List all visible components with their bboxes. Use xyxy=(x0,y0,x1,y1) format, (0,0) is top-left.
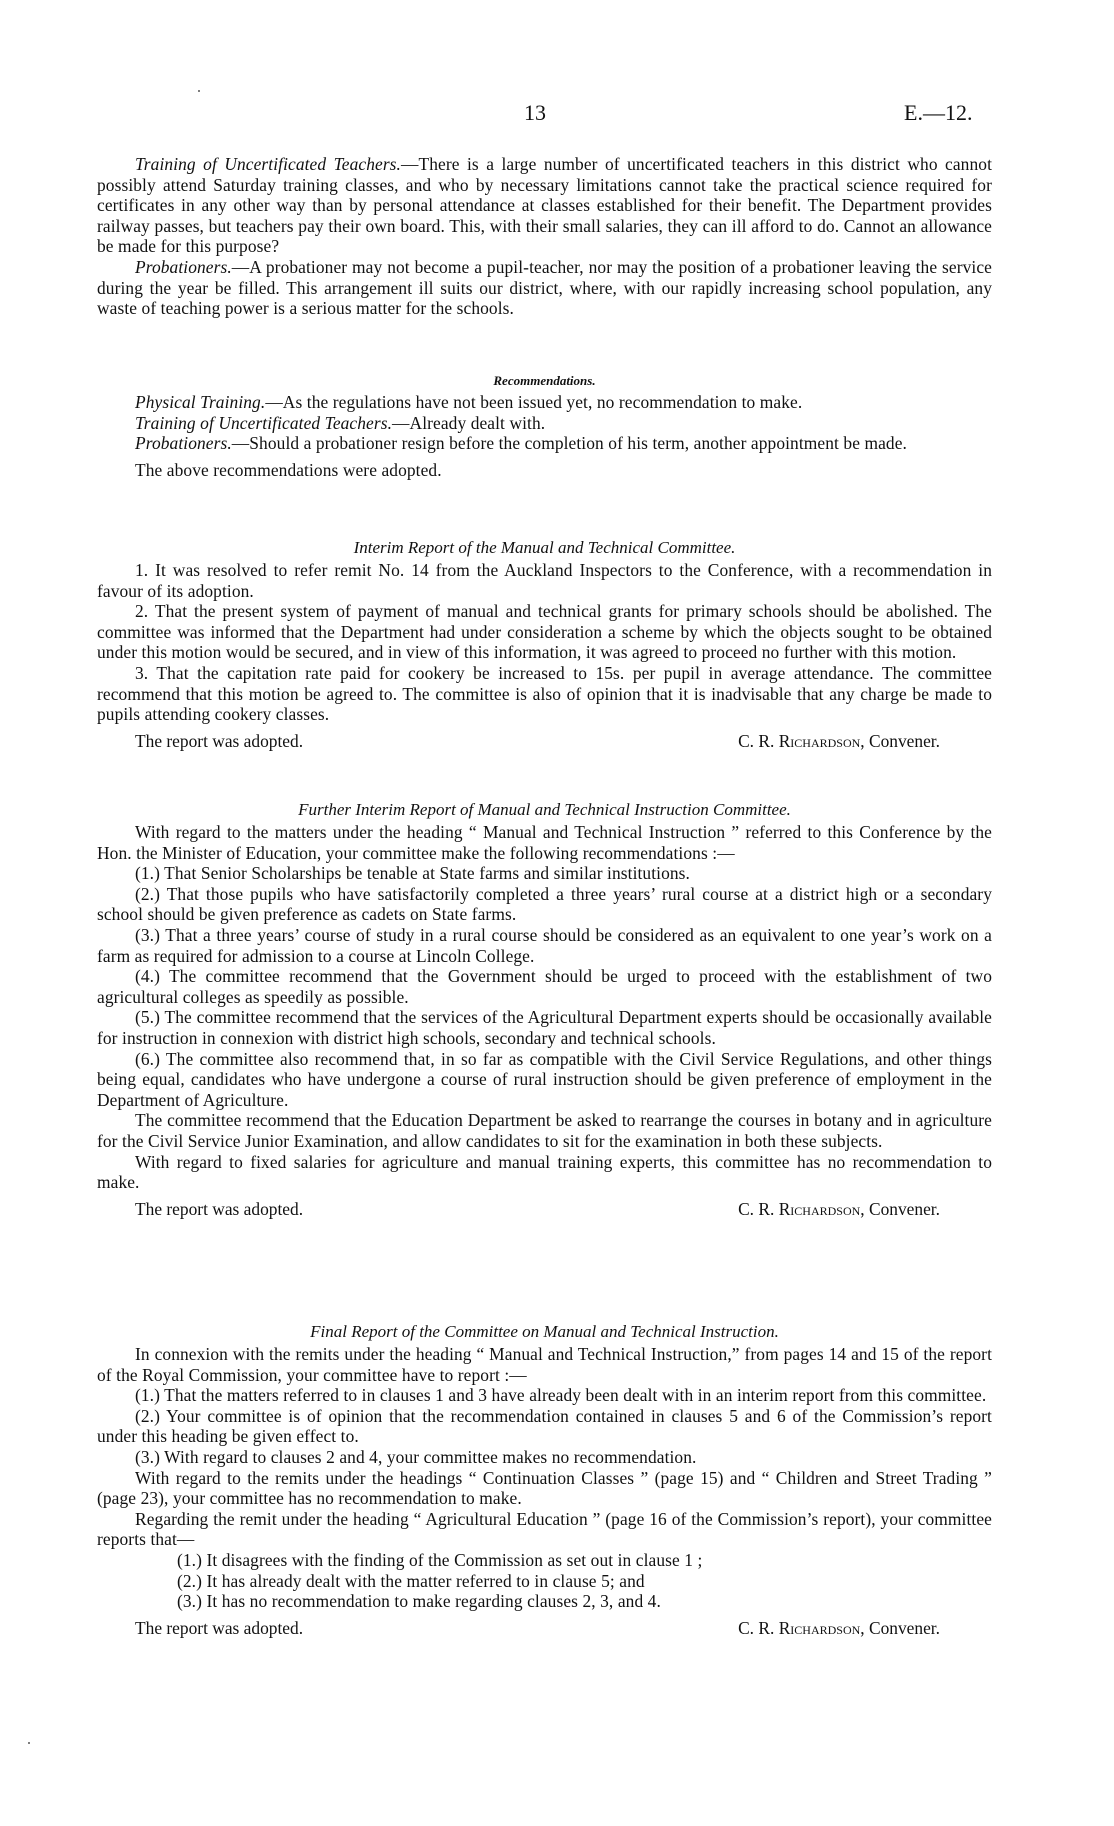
interim-paragraph-1: 1. It was resolved to refer remit No. 14… xyxy=(97,560,992,601)
signature-name: Richardson xyxy=(779,731,861,751)
further-interim-heading: Further Interim Report of Manual and Tec… xyxy=(97,800,992,820)
final-continuation-paragraph: With regard to the remits under the head… xyxy=(97,1468,992,1509)
final-signature-line: The report was adopted. C. R. Richardson… xyxy=(97,1618,992,1639)
recommendation-item: Training of Uncertificated Teachers.—Alr… xyxy=(97,413,992,434)
signature-initials: C. R. xyxy=(738,1199,774,1219)
report-adopted: The report was adopted. xyxy=(135,1199,303,1220)
final-item-1: (1.) That the matters referred to in cla… xyxy=(97,1385,992,1406)
recommendation-item: Probationers.—Should a probationer resig… xyxy=(97,433,992,454)
section-recommendations: Recommendations. Physical Training.—As t… xyxy=(97,373,992,480)
further-item-5: (5.) The committee recommend that the se… xyxy=(97,1007,992,1048)
signature-title: , Convener. xyxy=(860,1199,940,1219)
signature-initials: C. R. xyxy=(738,731,774,751)
final-item-2: (2.) Your committee is of opinion that t… xyxy=(97,1406,992,1447)
signature: C. R. Richardson, Convener. xyxy=(738,1199,992,1220)
signature-title: , Convener. xyxy=(860,731,940,751)
recommendations-heading: Recommendations. xyxy=(97,373,992,389)
recommendation-lead: Training of Uncertificated Teachers. xyxy=(135,413,392,433)
final-item-3: (3.) With regard to clauses 2 and 4, you… xyxy=(97,1447,992,1468)
further-salaries-paragraph: With regard to fixed salaries for agricu… xyxy=(97,1152,992,1193)
recommendation-text: —Already dealt with. xyxy=(392,413,545,433)
scan-speck xyxy=(28,1742,30,1744)
further-interim-intro: With regard to the matters under the hea… xyxy=(97,822,992,863)
further-item-2: (2.) That those pupils who have satisfac… xyxy=(97,884,992,925)
section-final-report: Final Report of the Committee on Manual … xyxy=(97,1322,992,1638)
scan-speck xyxy=(198,90,200,92)
interim-paragraph-3: 3. That the capitation rate paid for coo… xyxy=(97,663,992,725)
section-further-interim-report: Further Interim Report of Manual and Tec… xyxy=(97,800,992,1219)
interim-paragraph-2: 2. That the present system of payment of… xyxy=(97,601,992,663)
further-signature-line: The report was adopted. C. R. Richardson… xyxy=(97,1199,992,1220)
further-botany-paragraph: The committee recommend that the Educati… xyxy=(97,1110,992,1151)
recommendation-text: —Should a probationer resign before the … xyxy=(232,433,907,453)
further-item-1: (1.) That Senior Scholarships be tenable… xyxy=(97,863,992,884)
recommendation-text: —As the regulations have not been issued… xyxy=(265,392,802,412)
signature-name: Richardson xyxy=(779,1618,861,1638)
further-item-6: (6.) The committee also recommend that, … xyxy=(97,1049,992,1111)
signature: C. R. Richardson, Convener. xyxy=(738,731,992,752)
final-report-heading: Final Report of the Committee on Manual … xyxy=(97,1322,992,1342)
signature-initials: C. R. xyxy=(738,1618,774,1638)
paragraph-text: —A probationer may not become a pupil-te… xyxy=(97,257,992,318)
paragraph-lead: Training of Uncertificated Teachers. xyxy=(135,154,401,174)
report-adopted: The report was adopted. xyxy=(135,731,303,752)
paragraph-training-uncertificated: Training of Uncertificated Teachers.—The… xyxy=(97,154,992,257)
paragraph-lead: Probationers. xyxy=(135,257,232,277)
document-code: E.—12. xyxy=(904,100,972,126)
interim-report-heading: Interim Report of the Manual and Technic… xyxy=(97,538,992,558)
final-agricultural-paragraph: Regarding the remit under the heading “ … xyxy=(97,1509,992,1550)
report-adopted: The report was adopted. xyxy=(135,1618,303,1639)
signature: C. R. Richardson, Convener. xyxy=(738,1618,992,1639)
page-number: 13 xyxy=(524,100,546,126)
paragraph-probationers: Probationers.—A probationer may not beco… xyxy=(97,257,992,319)
recommendations-adopted: The above recommendations were adopted. xyxy=(97,460,992,481)
further-item-3: (3.) That a three years’ course of study… xyxy=(97,925,992,966)
further-item-4: (4.) The committee recommend that the Go… xyxy=(97,966,992,1007)
final-sub-item-1: (1.) It disagrees with the finding of th… xyxy=(97,1550,992,1571)
interim-signature-line: The report was adopted. C. R. Richardson… xyxy=(97,731,992,752)
final-intro: In connexion with the remits under the h… xyxy=(97,1344,992,1385)
recommendation-item: Physical Training.—As the regulations ha… xyxy=(97,392,992,413)
section-training-probationers: Training of Uncertificated Teachers.—The… xyxy=(97,154,992,319)
signature-title: , Convener. xyxy=(860,1618,940,1638)
signature-name: Richardson xyxy=(779,1199,861,1219)
final-sub-item-2: (2.) It has already dealt with the matte… xyxy=(97,1571,992,1592)
final-sub-item-3: (3.) It has no recommendation to make re… xyxy=(97,1591,992,1612)
recommendation-lead: Physical Training. xyxy=(135,392,265,412)
section-interim-report: Interim Report of the Manual and Technic… xyxy=(97,538,992,751)
recommendation-lead: Probationers. xyxy=(135,433,232,453)
